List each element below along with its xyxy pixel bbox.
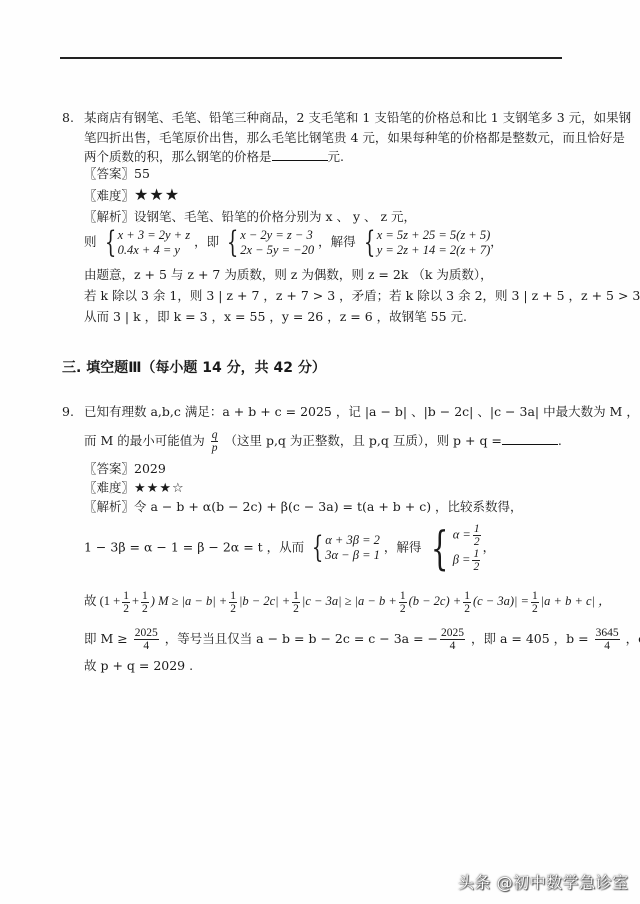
watermark: 头条 @初中数学急诊室	[458, 870, 629, 893]
analysis-label: 〖解析〗	[84, 499, 134, 514]
analysis-line: 若 k 除以 3 余 1，则 3 | z + 7 ，z + 7 > 3 ，矛盾；…	[84, 288, 640, 304]
equation: x = 5z + 25 = 5(z + 5)	[377, 228, 491, 243]
stem-text: 而 M 的最小可能值为	[84, 433, 205, 448]
question-number: 9.	[62, 404, 74, 420]
section-heading: 三. 填空题Ⅲ（每小题 14 分，共 42 分）	[62, 360, 326, 376]
stem-text: 两个质数的积，那么钢笔的价格是	[84, 149, 272, 164]
equation: α + 3β = 2	[325, 533, 380, 548]
answer-value: 2029	[134, 461, 166, 476]
question-stem-line: 某商店有钢笔、毛笔、铅笔三种商品，2 支毛笔和 1 支铅笔的价格总和比 1 支钢…	[84, 110, 631, 126]
equation-system: {α + 3β = 23α − β = 1	[308, 533, 380, 563]
answer-label: 〖答案〗	[84, 166, 134, 181]
math-text: ) M ≥ |a − b| +	[151, 594, 227, 608]
equation: y = 2z + 14 = 2(z + 7)	[377, 243, 491, 258]
fraction: qp	[211, 429, 219, 454]
math-text: |a + b + c| ，	[541, 594, 611, 608]
analysis-text: ，即 a = 405 ，b =	[471, 631, 589, 646]
answer-row: 〖答案〗55	[84, 166, 150, 182]
difficulty-label: 〖难度〗	[84, 188, 134, 203]
equation-system: {x + 3 = 2y + z0.4x + 4 = y	[101, 228, 191, 258]
denominator: 4	[143, 640, 149, 652]
equation: 3α − β = 1	[325, 548, 380, 563]
denominator: 2	[230, 603, 236, 615]
question-stem-line: 已知有理数 a,b,c 满足：a + b + c = 2025 ，记 |a − …	[84, 404, 639, 420]
brace-icon: {	[104, 228, 115, 258]
analysis-text: ，等号当且仅当 a − b = b − 2c = c − 3a = −	[165, 631, 438, 646]
numerator: 1	[473, 523, 481, 536]
answer-value: 55	[134, 166, 150, 181]
analysis-row: 〖解析〗令 a − b + α(b − 2c) + β(c − 3a) = t(…	[84, 499, 523, 515]
analysis-text: 设钢笔、毛笔、铅笔的价格分别为 x 、 y 、 z 元，	[134, 209, 416, 224]
analysis-text: ，	[483, 540, 496, 555]
star-rating-icon: ★★★	[134, 185, 180, 204]
analysis-text: 令 a − b + α(b − 2c) + β(c − 3a) = t(a + …	[134, 499, 523, 514]
denominator: 4	[604, 640, 610, 652]
denominator: p	[212, 442, 218, 454]
question-stem-line: 而 M 的最小可能值为 qp （这里 p,q 为正整数，且 p,q 互质），则 …	[84, 428, 562, 454]
equation: 0.4x + 4 = y	[118, 243, 191, 258]
analysis-text: 1 − 3β = α − 1 = β − 2α = t ，从而	[84, 540, 304, 555]
denominator: 2	[474, 536, 480, 548]
equation-systems: 则 {x + 3 = 2y + z0.4x + 4 = y ，即 {x − 2y…	[84, 226, 503, 258]
equation: 2x − 5y = −20	[240, 243, 314, 258]
difficulty-label: 〖难度〗	[84, 480, 134, 495]
star-rating-icon: ★★★☆	[134, 481, 185, 496]
numerator: 1	[399, 590, 407, 603]
denominator: 2	[400, 603, 406, 615]
analysis-text: ，解得	[384, 540, 422, 555]
difficulty-row: 〖难度〗★★★	[84, 187, 180, 204]
analysis-row: 〖解析〗设钢笔、毛笔、铅笔的价格分别为 x 、 y 、 z 元，	[84, 209, 416, 225]
equation-system: {x = 5z + 25 = 5(z + 5)y = 2z + 14 = 2(z…	[360, 228, 491, 258]
analysis-text: ，c =	[626, 631, 640, 646]
numerator: 1	[292, 590, 300, 603]
numerator: 2025	[440, 627, 465, 640]
question-number: 8.	[62, 110, 74, 126]
analysis-text: ，解得	[318, 234, 356, 249]
analysis-line: 从而 3 | k ，即 k = 3 ，x = 55 ，y = 26 ，z = 6…	[84, 309, 467, 325]
analysis-text: 即 M ≥	[84, 631, 128, 646]
analysis-label: 〖解析〗	[84, 209, 134, 224]
brace-icon: {	[363, 228, 374, 258]
equation-system: {x − 2y = z − 32x − 5y = −20	[223, 228, 314, 258]
denominator: 2	[532, 603, 538, 615]
header-rule	[60, 57, 562, 59]
denominator: 2	[293, 603, 299, 615]
equation: x − 2y = z − 3	[240, 228, 314, 243]
equation-lhs: β =	[453, 552, 471, 566]
numerator: q	[211, 429, 219, 442]
math-text: |b − 2c| +	[239, 594, 290, 608]
denominator: 2	[473, 561, 479, 573]
equation-system: { α =12 β =12	[425, 523, 482, 573]
question-stem-line: 笔四折出售，毛笔原价出售，那么毛笔比钢笔贵 4 元，如果每种笔的价格都是整数元，…	[84, 130, 625, 146]
math-text: +	[132, 594, 139, 608]
analysis-text: 故	[84, 594, 97, 608]
equation: α =12	[453, 523, 483, 548]
math-text: |c − 3a| ≥ |a − b +	[302, 594, 397, 608]
answer-row: 〖答案〗2029	[84, 461, 166, 477]
answer-blank	[272, 150, 328, 161]
question-stem-line: 两个质数的积，那么钢笔的价格是元.	[84, 149, 344, 165]
numerator: 3645	[595, 627, 620, 640]
denominator: 4	[450, 640, 456, 652]
math-text: (c − 3a)| =	[473, 594, 529, 608]
stem-text: .	[558, 433, 562, 448]
numerator: 2025	[134, 627, 159, 640]
equation-lhs: α =	[453, 527, 471, 541]
denominator: 2	[142, 603, 148, 615]
equation: β =12	[453, 548, 483, 573]
analysis-text: ，	[490, 234, 503, 249]
numerator: 1	[463, 590, 471, 603]
brace-icon: {	[312, 533, 323, 563]
analysis-line: 故 p + q = 2029 .	[84, 658, 193, 674]
denominator: 2	[123, 603, 129, 615]
numerator: 1	[122, 590, 130, 603]
numerator: 1	[472, 548, 480, 561]
equation: x + 3 = 2y + z	[118, 228, 191, 243]
math-text: (b − 2c) +	[409, 594, 462, 608]
numerator: 1	[229, 590, 237, 603]
analysis-text: ，即	[194, 234, 219, 249]
stem-text: （这里 p,q 为正整数，且 p,q 互质），则 p + q =	[224, 433, 501, 448]
answer-blank	[502, 434, 558, 445]
analysis-text: 则	[84, 234, 97, 249]
numerator: 1	[531, 590, 539, 603]
difficulty-row: 〖难度〗★★★☆	[84, 480, 185, 497]
analysis-line: 1 − 3β = α − 1 = β − 2α = t ，从而 {α + 3β …	[84, 523, 495, 573]
stem-text: 元.	[328, 149, 344, 164]
analysis-line: 即 M ≥ 20254 ，等号当且仅当 a − b = b − 2c = c −…	[84, 624, 640, 654]
brace-icon: {	[227, 228, 238, 258]
brace-icon: {	[431, 525, 449, 571]
analysis-line: 由题意，z + 5 与 z + 7 为质数，则 z 为偶数，则 z = 2k （…	[84, 267, 493, 283]
analysis-line: 故 (1 +12+12) M ≥ |a − b| +12|b − 2c| +12…	[84, 586, 611, 616]
answer-label: 〖答案〗	[84, 461, 134, 476]
denominator: 2	[464, 603, 470, 615]
numerator: 1	[141, 590, 149, 603]
math-text: (1 +	[100, 594, 121, 608]
